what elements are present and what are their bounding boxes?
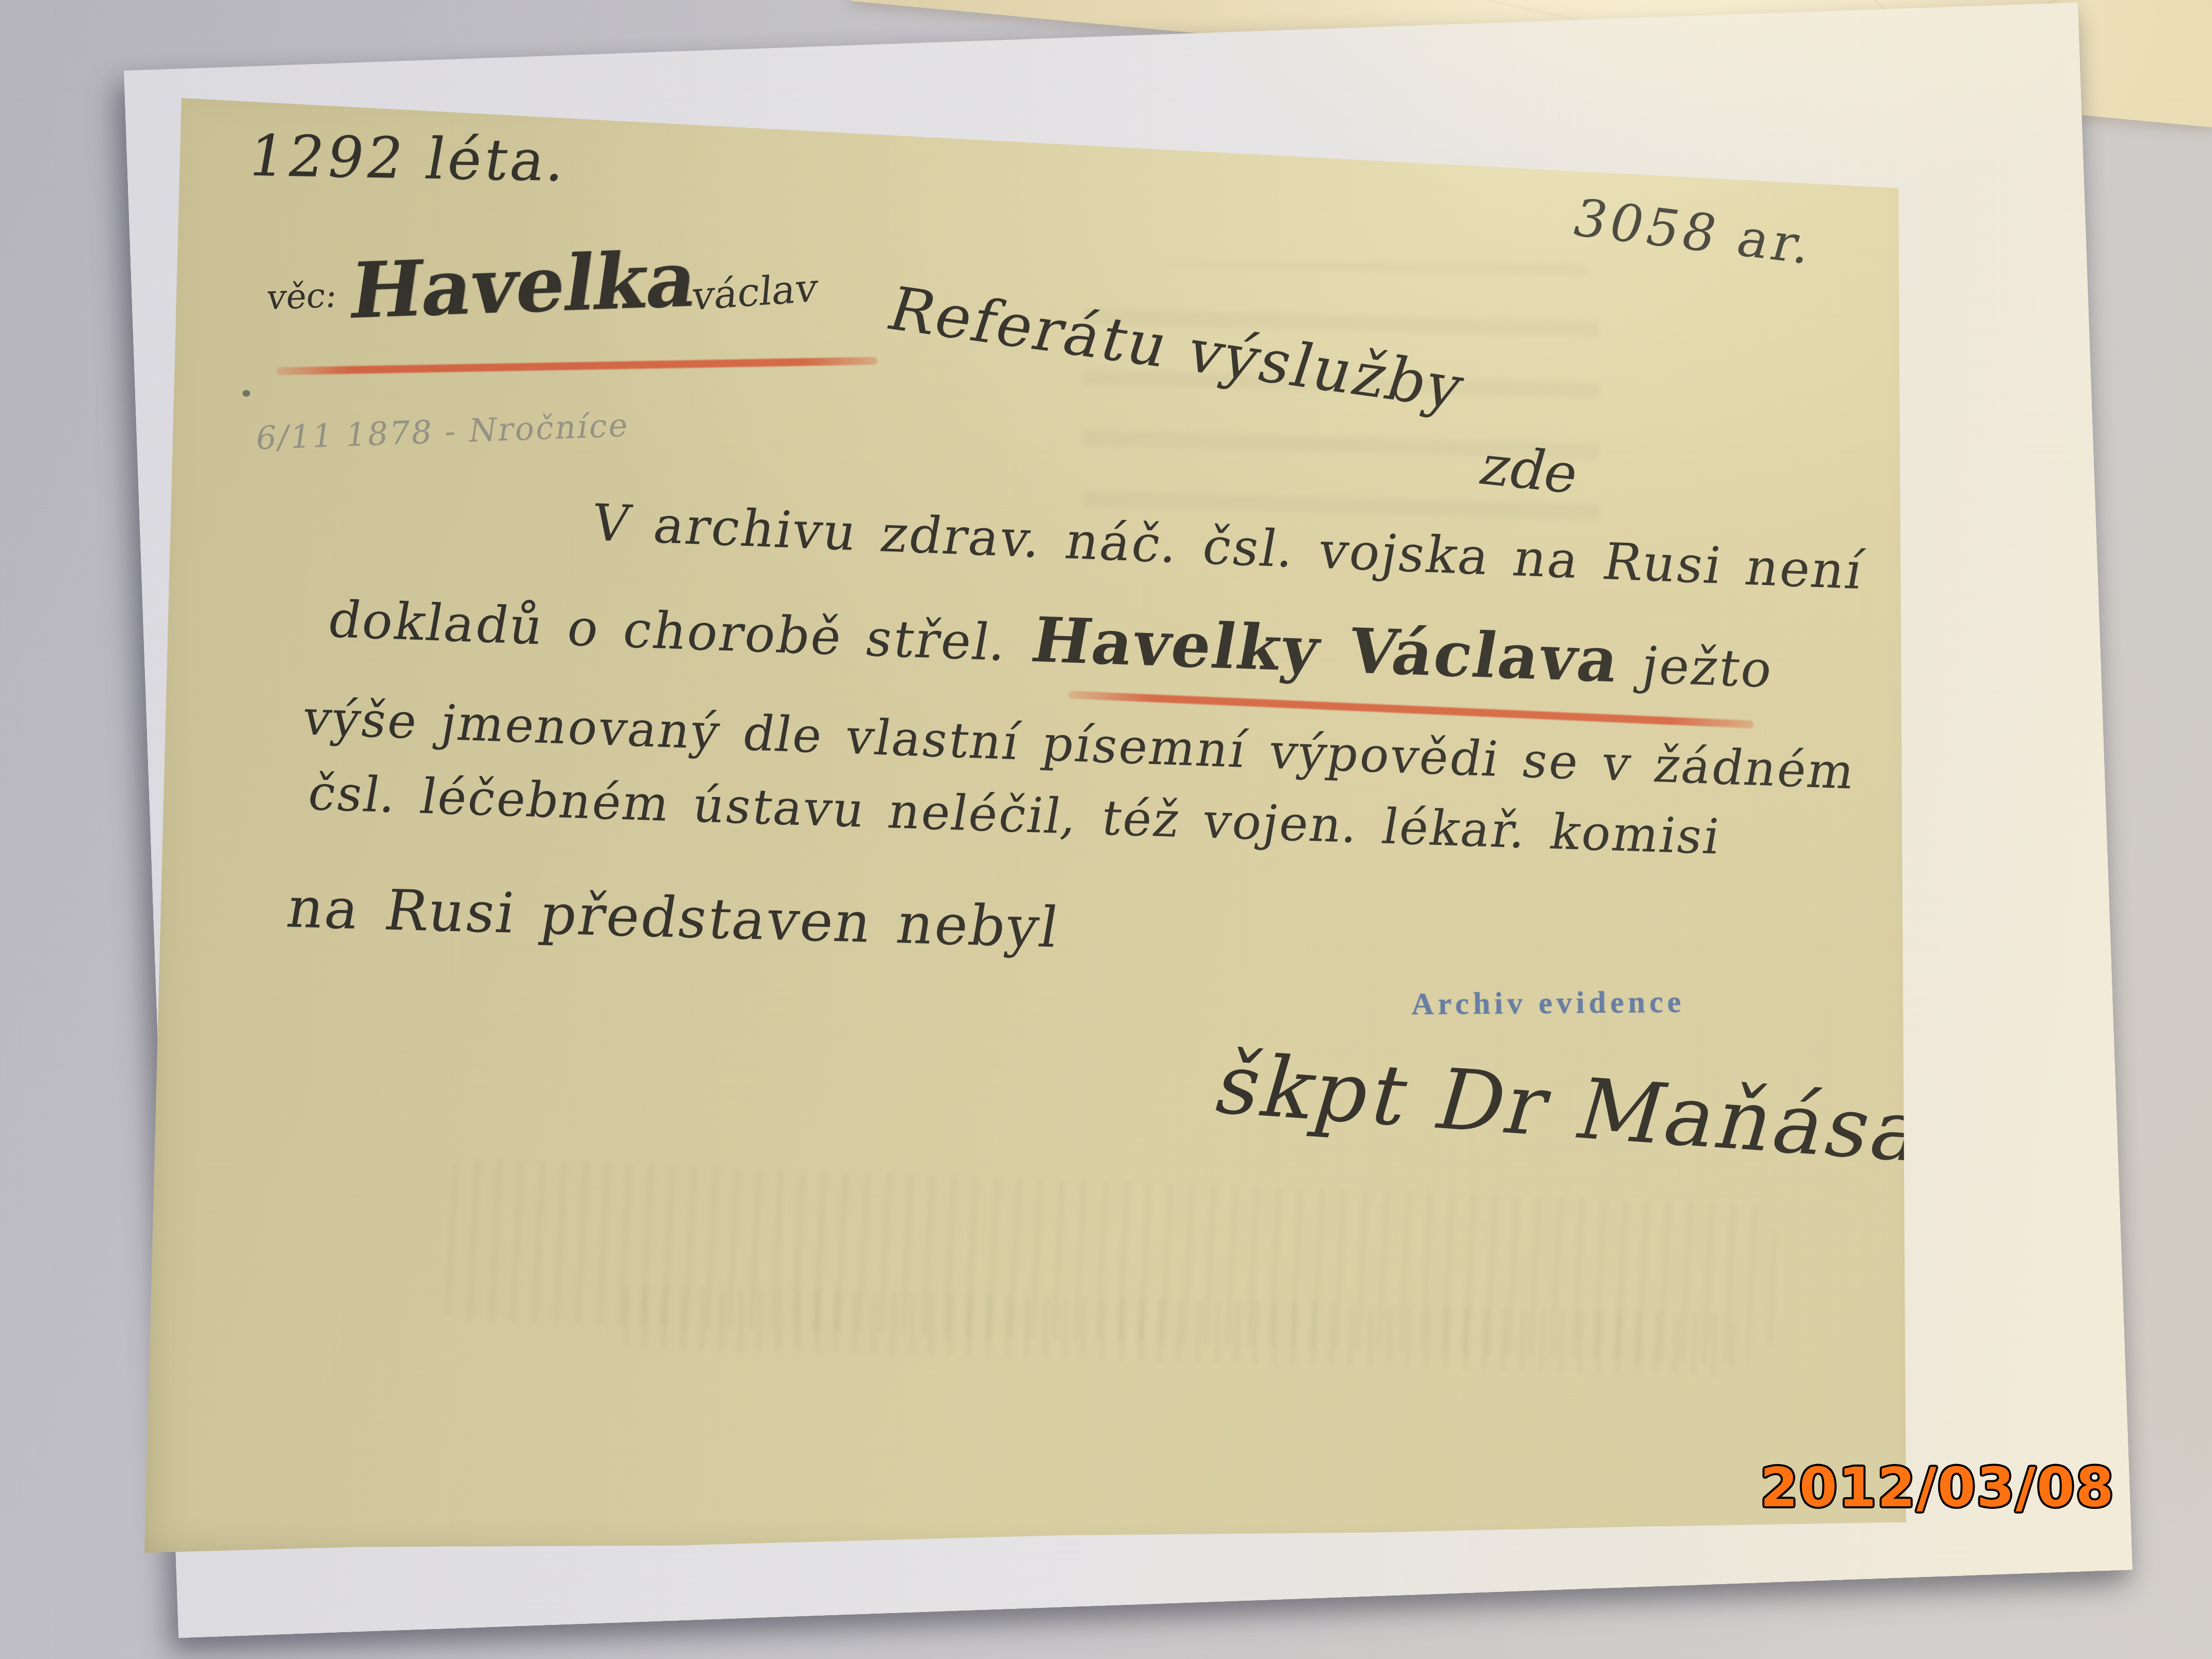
body-line-2-name: Havelky Václava [1027,609,1625,691]
bleedthrough-marks [1083,263,1599,552]
document-paper: 1292 léta. 3058 ar. věc: Havelka václav … [144,98,1906,1553]
signature: škpt Dr Maňása [1207,1043,1937,1174]
archive-evidence-stamp: Archiv evidence [1411,984,1685,1022]
archive-number: 3058 ar. [1567,192,1823,272]
pencil-note: 6/11 1878 - Nročníce [254,409,632,454]
body-line-5: na Rusi představen nebyl [283,881,1064,956]
body-line-2-pre: dokladů o chorobě střel. [324,594,1013,668]
subject-surname: Havelka [346,240,702,329]
body-line-2-post: ježto [1638,640,1778,695]
red-underline [276,357,877,375]
subject-label: věc: [266,278,339,315]
ink-speck [242,390,250,397]
subject-firstname: václav [691,268,819,316]
reference-number: 1292 léta. [244,127,574,189]
camera-date-stamp: 2012/03/08 [1760,1456,2115,1519]
body-line-2: dokladů o chorobě střel. Havelky Václava… [324,584,1779,696]
heading-line-2: zde [1474,438,1585,502]
